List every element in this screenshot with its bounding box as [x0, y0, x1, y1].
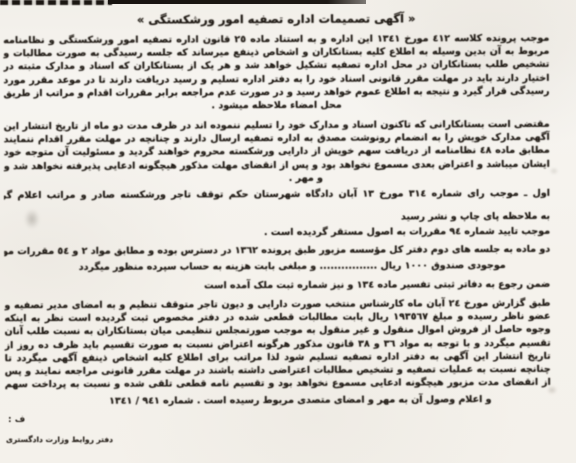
bottom-margin-mark: ف : [8, 415, 25, 425]
scan-smudge [545, 384, 559, 396]
scan-smudge [548, 166, 560, 176]
top-rule-solid-segment [108, 0, 366, 4]
scanned-document-page: « آگهی تصمیمات اداره تصفیه امور ورشکستگی… [0, 0, 576, 463]
document-title: « آگهی تصمیمات اداره تصفیه امور ورشکستگی… [3, 11, 549, 27]
paragraph-3-line-3: ضمن رجوع به دفاتر ثبتی تفسیر ماده ١٣٤ و … [4, 278, 550, 293]
paragraph-1-closing-line: محل امضاء ملاحظه میشود . [4, 98, 550, 113]
document-body: « آگهی تصمیمات اداره تصفیه امور ورشکستگی… [3, 11, 551, 408]
paragraph-3-line-2-dotted: موجودی صندوق ١٠٠٠ ریال ................ … [34, 259, 550, 274]
paragraph-2-closing-word: و مهر . [62, 171, 550, 186]
paragraph-1: موجب پرونده کلاسه ٤١٢ مورخ ١٣٤١ این ادار… [3, 32, 549, 100]
confirmation-line: موجب تایید شماره ٩٤ مقررات به اصول مستقر… [4, 225, 550, 240]
scan-smudge [22, 206, 42, 232]
signature-line: دفتر روابط وزارت دادگستری [6, 435, 113, 444]
paragraph-3-line-1: دو ماده به جلسه های دوم دفتر کل مؤسسه مز… [4, 243, 550, 258]
print-note-line: به ملاحظه پای چاپ و نشر رسید [4, 210, 550, 225]
paragraph-4: طبق گزارش مورخ ٢٤ آبان ماه کارشناس منتخب… [4, 297, 550, 391]
paragraph-2: مقتضی است بستانکارانی که تاکنون اسناد و … [4, 118, 550, 173]
clause-first-line: اول ـ موجب رای شماره ٣١٤ مورخ ١٣ آبان دا… [4, 187, 550, 202]
top-rule-dashed-segment [0, 0, 112, 5]
paragraph-4-closing-line: و اعلام وصول آن به مهر و امضای متصدی مرب… [50, 393, 551, 408]
